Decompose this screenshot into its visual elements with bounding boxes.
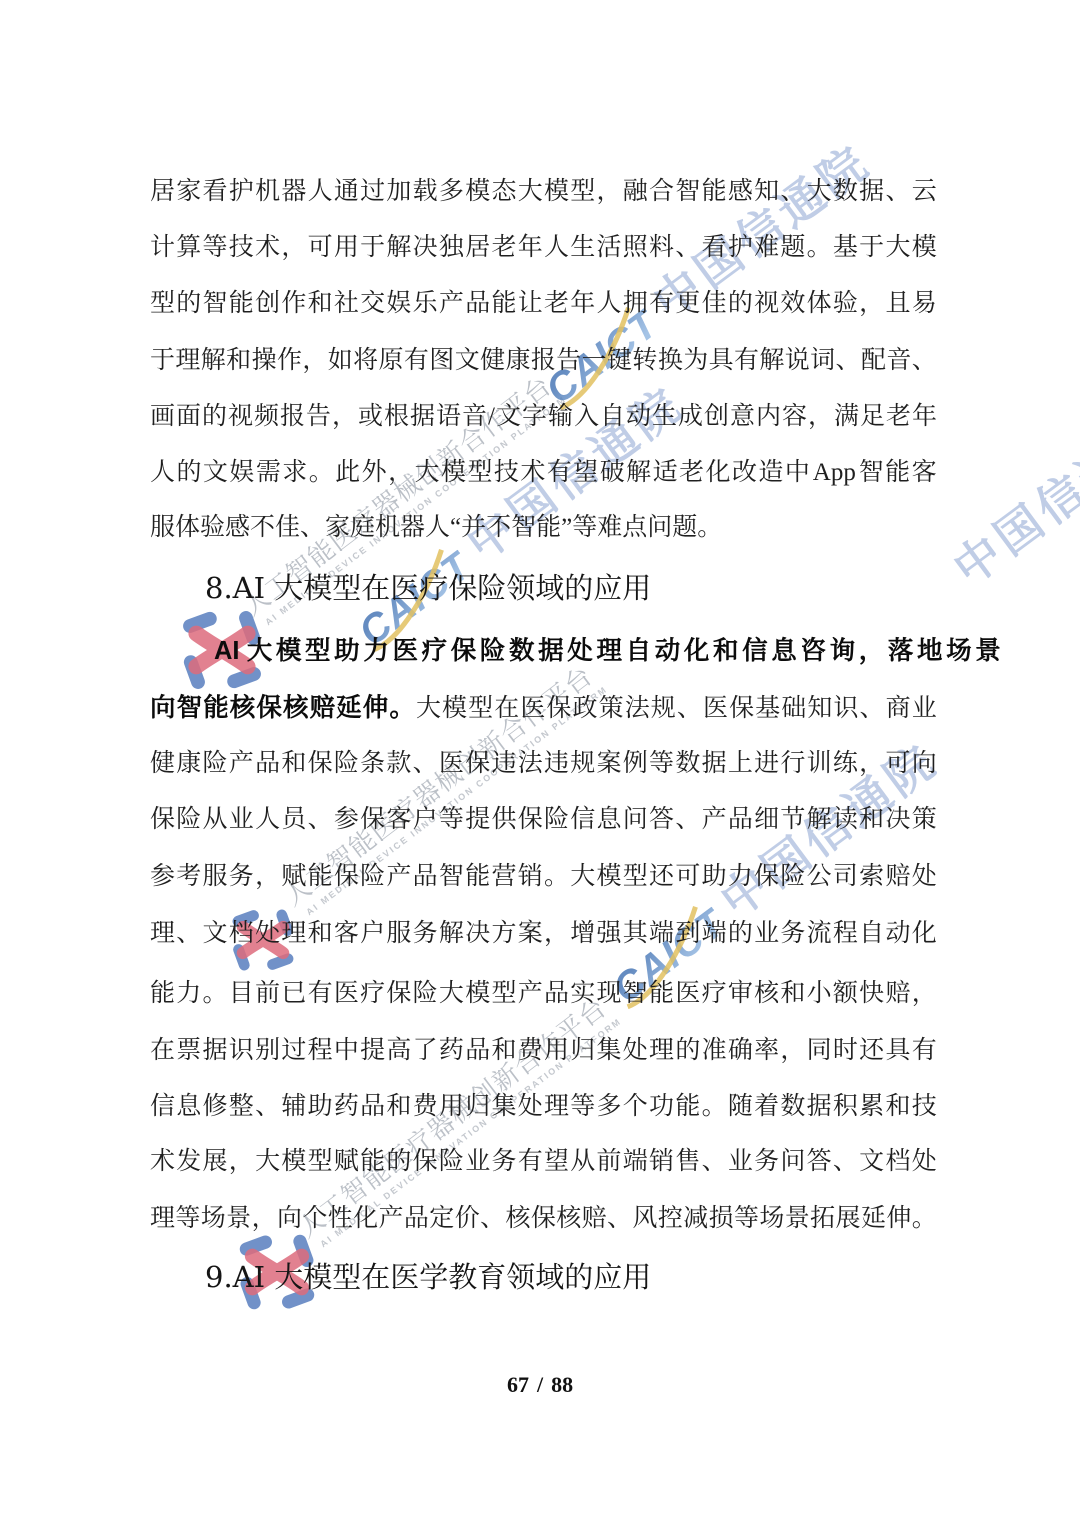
body-line: 在票据识别过程中提高了药品和费用归集处理的准确率，同时还具有 — [150, 1034, 937, 1068]
section-heading-9: 9.AI 大模型在医学教育领域的应用 — [150, 1259, 992, 1295]
page-current: 67 — [503, 1372, 533, 1397]
body-line: 信息修整、辅助药品和费用归集处理等多个功能。随着数据积累和技 — [150, 1090, 937, 1124]
body-line: 保险从业人员、参保客户等提供保险信息问答、产品细节解读和决策 — [150, 803, 937, 837]
body-line: 健康险产品和保险条款、医保违法违规案例等数据上进行训练，可向 — [150, 747, 937, 781]
body-line-bold: AI 大模型助力医疗保险数据处理自动化和信息咨询，落地场景 — [150, 634, 1001, 668]
page-total: 88 — [547, 1372, 577, 1397]
page-separator: / — [533, 1372, 547, 1397]
document-page: 人工智能医疗器械创新合作平台 AI MEDICAL DEVICE INNOVAT… — [0, 0, 1080, 1528]
section-heading-8: 8.AI 大模型在医疗保险领域的应用 — [150, 570, 992, 606]
page-number: 67/88 — [0, 1372, 1080, 1398]
body-line: 型的智能创作和社交娱乐产品能让老年人拥有更佳的视效体验，且易 — [150, 287, 937, 321]
body-line: 计算等技术，可用于解决独居老年人生活照料、看护难题。基于大模 — [150, 231, 937, 265]
body-line: 理等场景，向个性化产品定价、核保核赔、风控减损等场景拓展延伸。 — [150, 1202, 937, 1236]
body-line: 画面的视频报告，或根据语音/文字输入自动生成创意内容，满足老年 — [150, 400, 937, 434]
body-line-mixed: 向智能核保核赔延伸。大模型在医保政策法规、医保基础知识、商业 — [150, 691, 937, 725]
body-line: 能力。目前已有医疗保险大模型产品实现智能医疗审核和小额快赔， — [150, 977, 937, 1011]
document-text: 居家看护机器人通过加载多模态大模型，融合智能感知、大数据、云 计算等技术，可用于… — [0, 0, 1080, 1528]
body-line: 服体验感不佳、家庭机器人“并不智能”等难点问题。 — [150, 511, 937, 545]
body-line: 于理解和操作，如将原有图文健康报告一键转换为具有解说词、配音、 — [150, 344, 937, 378]
body-line: 术发展，大模型赋能的保险业务有望从前端销售、业务问答、文档处 — [150, 1145, 937, 1179]
body-line: 参考服务，赋能保险产品智能营销。大模型还可助力保险公司索赔处 — [150, 860, 937, 894]
body-line: 人的文娱需求。此外，大模型技术有望破解适老化改造中 App 智能客 — [150, 456, 937, 490]
body-line: 居家看护机器人通过加载多模态大模型，融合智能感知、大数据、云 — [150, 175, 937, 209]
body-line: 理、文档处理和客户服务解决方案，增强其端到端的业务流程自动化 — [150, 917, 937, 951]
